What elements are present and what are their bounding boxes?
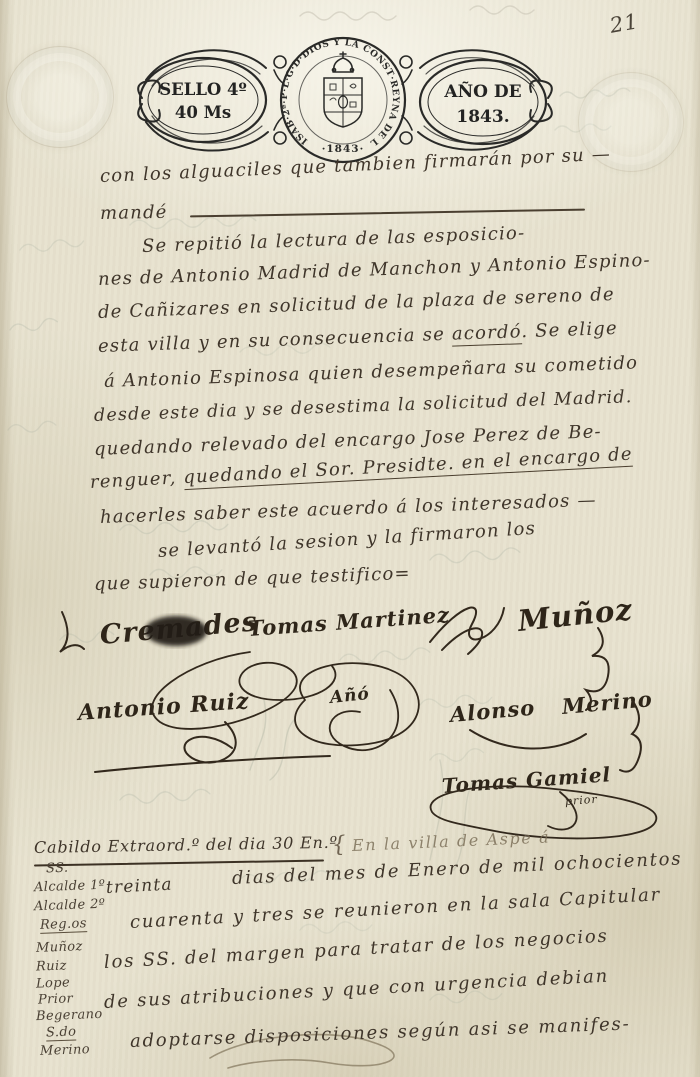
line-text: se levantó la sesion y la firmaron los [157, 518, 536, 562]
line-underlined: acordó [452, 321, 522, 346]
margin-note-merino: Merino [40, 1042, 90, 1059]
acta-line: Se repitió la lectura de las esposicio- [142, 223, 526, 257]
crown-icon [332, 52, 353, 72]
handwritten-rule [190, 209, 585, 217]
signature-alonso: Alonso [449, 695, 536, 727]
embossed-seal-top-left [6, 46, 114, 148]
coat-of-arms-icon [324, 78, 362, 127]
stamp-value-line: 40 Ms [175, 103, 231, 122]
line-text: renguer, [89, 467, 183, 493]
signature-munoz: Muñoz [516, 592, 634, 638]
signature-tomas-martinez: Tomas Martinez [247, 602, 451, 641]
margin-heading: SS. [46, 861, 69, 877]
line-text: esta villa y en su consecuencia se [98, 324, 453, 357]
margin-note-lope: Lope [36, 975, 71, 991]
margin-note-begerano: Begerano [36, 1007, 103, 1024]
margin-note-sindico: S.do [46, 1024, 77, 1041]
acta-line: nes de Antonio Madrid de Manchon y Anton… [98, 250, 651, 290]
acta2-line: adoptarse disposiciones según asi se man… [130, 1014, 631, 1052]
line-text: á Antonio Espinosa quien desempeñara su … [104, 352, 639, 392]
acta-line: se levantó la sesion y la firmaron los [157, 518, 536, 562]
acta2-line: los SS. del margen para tratar de los ne… [103, 926, 609, 973]
acta2-line: de sus atribuciones y que con urgencia d… [103, 966, 609, 1013]
acta2-line: cuarenta y tres se reunieron en la sala … [129, 884, 661, 933]
acta-line: á Antonio Espinosa quien desempeñara su … [104, 352, 639, 392]
margin-note-munoz: Muñoz [36, 939, 83, 956]
continuation-word: treinta [105, 875, 173, 898]
margin-note-prior: Prior [38, 991, 74, 1007]
opening-line: En la villa de Aspe á [352, 827, 551, 855]
acta2-line: dias del mes de Enero de mil ochocientos [232, 848, 683, 889]
stamp-center-year: ·1843· [322, 143, 365, 155]
margin-note-ruiz: Ruiz [36, 958, 67, 974]
line-text: de Cañizares en solicitud de la plaza de… [98, 284, 615, 323]
page-number: 21 [608, 9, 641, 38]
signature-ano-rubric: Añó [329, 684, 371, 708]
signature-gamiel-title: prior [565, 793, 599, 808]
signature-antonio-ruiz: Antonio Ruiz [77, 688, 250, 726]
line-text: nes de Antonio Madrid de Manchon y Anton… [98, 250, 651, 290]
acta-line: mandé [100, 202, 168, 224]
signature-merino: Merino [561, 686, 654, 719]
margin-note-regidores: Reg.os [40, 916, 87, 934]
stamp-ano-de-line: AÑO DE [443, 80, 521, 102]
stamp-sello-line: SELLO 4º [159, 80, 247, 99]
margin-note-alcalde2: Alcalde 2º [34, 897, 106, 914]
line-text: desde este dia y se desestima la solicit… [94, 387, 633, 426]
opening-brace: { [331, 832, 348, 858]
acta-line: que supieron de que testifico= [94, 563, 411, 595]
line-text: mandé [100, 202, 168, 224]
manuscript-page: { "page_number": "21", "stamp": { "left_… [0, 0, 700, 1077]
acta-line: de Cañizares en solicitud de la plaza de… [98, 284, 615, 323]
line-text: Se repitió la lectura de las esposicio- [142, 223, 526, 257]
signature-cremades: Cremades [99, 606, 259, 651]
acta-line: esta villa y en su consecuencia se acord… [98, 318, 619, 357]
acta-line: desde este dia y se desestima la solicit… [94, 387, 633, 426]
margin-note-alcalde1: Alcalde 1º [34, 878, 106, 895]
cabildo-heading: Cabildo Extraord.º del dia 30 En.º [34, 833, 338, 857]
line-text: . Se elige [521, 318, 618, 342]
line-text: que supieron de que testifico= [94, 563, 411, 595]
stamp-year-line: 1843. [456, 107, 509, 127]
